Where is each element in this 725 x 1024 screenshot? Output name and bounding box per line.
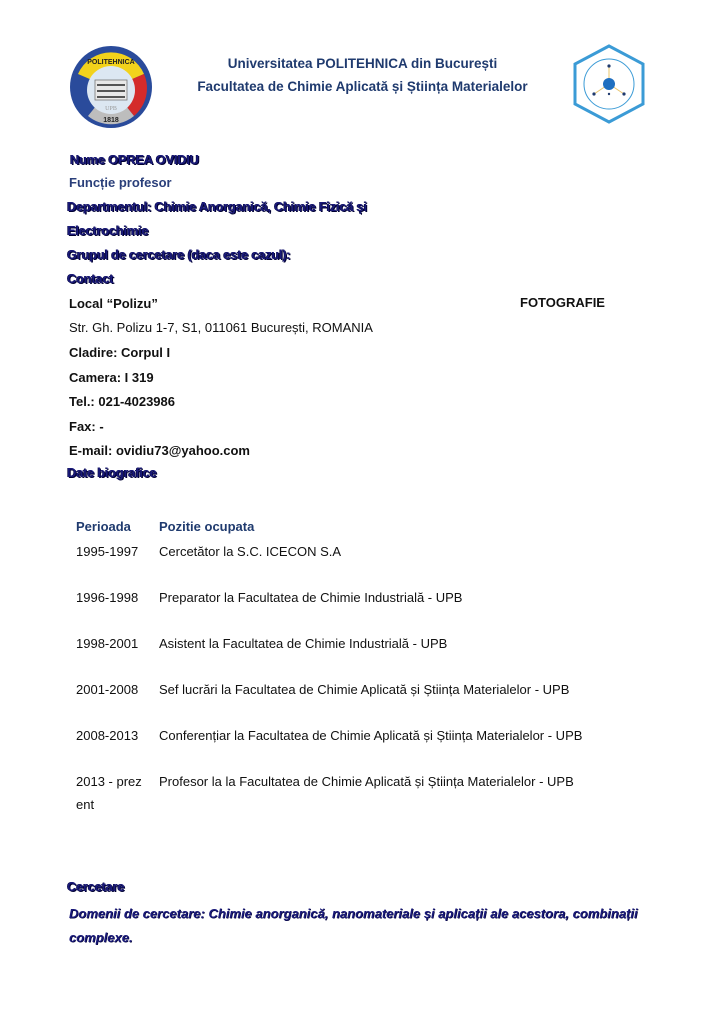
column-header-position: Pozitie ocupata — [159, 516, 254, 539]
contact-heading: Contact — [67, 271, 113, 286]
contact-phone: Tel.: 021-4023986 — [69, 394, 175, 409]
svg-text:UPB: UPB — [105, 106, 117, 112]
faculty-title: Facultatea de Chimie Aplicată și Știința… — [0, 79, 725, 94]
contact-building: Cladire: Corpul I — [69, 345, 170, 360]
column-header-period: Perioada — [76, 516, 146, 539]
position-cell: Asistent la Facultatea de Chimie Industr… — [159, 633, 447, 656]
table-row: 1995-1997Cercetător la S.C. ICECON S.A — [76, 541, 636, 587]
research-heading: Cercetare — [67, 879, 124, 894]
research-domains: Domenii de cercetare: Chimie anorganică,… — [69, 902, 669, 950]
period-cell: 2013 - prezent — [76, 771, 146, 816]
contact-email[interactable]: E-mail: ovidiu73@yahoo.com — [69, 443, 250, 458]
photo-placeholder: FOTOGRAFIE — [520, 295, 605, 310]
svg-text:1818: 1818 — [103, 117, 119, 124]
table-row: 1996-1998Preparator la Facultatea de Chi… — [76, 587, 636, 633]
period-cell: 2008-2013 — [76, 725, 146, 748]
contact-address: Str. Gh. Polizu 1-7, S1, 011061 Bucureșt… — [69, 320, 373, 335]
research-group-label: Grupul de cercetare (daca este cazul): — [67, 247, 290, 262]
table-header-row: Perioada Pozitie ocupata — [76, 516, 636, 541]
table-row: 2013 - prezentProfesor la la Facultatea … — [76, 771, 636, 817]
position-cell: Cercetător la S.C. ICECON S.A — [159, 541, 341, 564]
table-row: 2008-2013Conferențiar la Facultatea de C… — [76, 725, 636, 771]
department-line-2: Electrochimie — [67, 223, 148, 238]
period-cell: 1996-1998 — [76, 587, 146, 610]
table-row: 2001-2008Sef lucrări la Facultatea de Ch… — [76, 679, 636, 725]
biography-heading: Date biografice — [67, 465, 156, 480]
person-name: Nume OPREA OVIDIU — [70, 152, 199, 167]
position-cell: Sef lucrări la Facultatea de Chimie Apli… — [159, 679, 569, 702]
department-line-1: Departmentul: Chimie Anorganică, Chimie … — [67, 199, 367, 214]
position-cell: Profesor la la Facultatea de Chimie Apli… — [159, 771, 574, 794]
contact-room: Camera: I 319 — [69, 370, 154, 385]
table-row: 1998-2001Asistent la Facultatea de Chimi… — [76, 633, 636, 679]
period-cell: 1995-1997 — [76, 541, 146, 564]
university-title: Universitatea POLITEHNICA din București — [0, 56, 725, 71]
position-cell: Conferențiar la Facultatea de Chimie Apl… — [159, 725, 582, 748]
position-cell: Preparator la Facultatea de Chimie Indus… — [159, 587, 462, 610]
period-cell: 2001-2008 — [76, 679, 146, 702]
person-function: Funcție profesor — [69, 175, 172, 190]
biography-table: Perioada Pozitie ocupata 1995-1997Cercet… — [76, 516, 636, 817]
contact-fax: Fax: - — [69, 419, 104, 434]
contact-location: Local “Polizu” — [69, 296, 158, 311]
period-cell: 1998-2001 — [76, 633, 146, 656]
